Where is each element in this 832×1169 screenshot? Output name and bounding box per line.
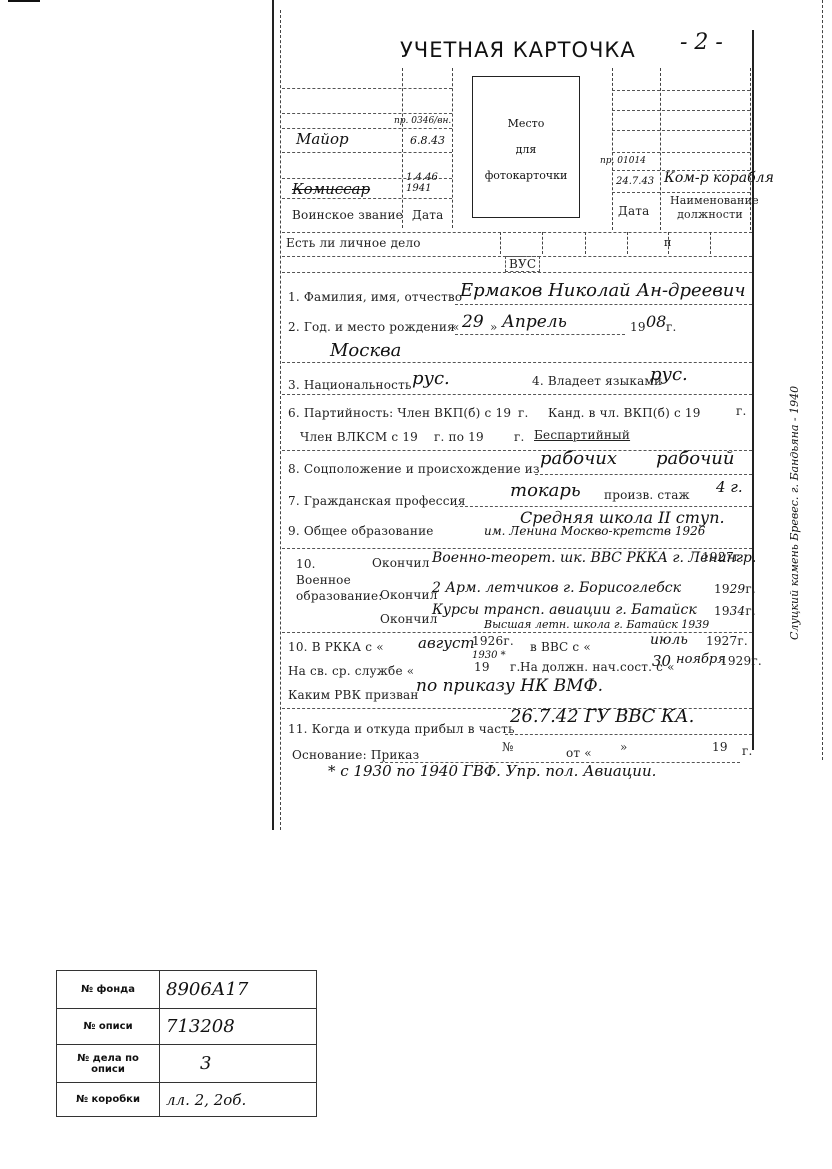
mil-edu-row-2-year: 1929г. xyxy=(714,582,756,596)
field-11-value: 26.7.42 ГУ ВВС КА. xyxy=(510,706,694,727)
quote-open: « xyxy=(452,320,460,334)
field-6-g1: г. xyxy=(518,406,529,420)
field-4-label: 4. Владеет языками xyxy=(532,374,662,388)
scan-mark xyxy=(8,0,40,2)
position-entry-date: 24.7.43 xyxy=(616,176,654,187)
field-6-candidate: Канд. в чл. ВКП(б) с 19 xyxy=(548,406,701,420)
archive-row-box: № коробки лл. 2, 2об. xyxy=(57,1083,317,1117)
field-10-rvk-label: Каким РВК призван xyxy=(288,688,419,702)
mil-edu-extra: Высшая летн. школа г. Батайск 1939 xyxy=(484,618,709,631)
field-3-value: рус. xyxy=(412,368,450,389)
field-9-label: 9. Общее образование xyxy=(288,524,434,538)
archive-stamp: № фонда 8906А17 № описи 713208 № дела по… xyxy=(56,970,317,1117)
year-suffix: г. xyxy=(745,582,756,596)
field-6-g4: г. xyxy=(514,430,525,444)
field-6-status: Беспартийный xyxy=(534,428,630,442)
field-11-label: 11. Когда и откуда прибыл в часть xyxy=(288,722,515,736)
divider xyxy=(282,232,752,233)
field-6-g3: г. по 19 xyxy=(434,430,484,444)
field-7-value: токарь xyxy=(510,480,581,501)
archive-value: 713208 xyxy=(160,1009,317,1045)
field-10-sverh-label: На св. ср. службе « xyxy=(288,664,414,678)
field-2-year-prefix: 19 xyxy=(630,320,646,334)
field-2-year-suffix: г. xyxy=(666,320,677,334)
field-10-label: 10. В РККА с « xyxy=(288,640,384,654)
archive-row-opis: № описи 713208 xyxy=(57,1009,317,1045)
field-10-sverh-year: 19 xyxy=(474,660,490,674)
field-10-dolzhn-month: ноября xyxy=(676,652,726,667)
archive-row-delo: № дела по описи 3 xyxy=(57,1045,317,1083)
field-10-year-1: 1926г. xyxy=(472,634,514,648)
card-right-edge xyxy=(822,0,823,760)
archive-row-fond: № фонда 8906А17 xyxy=(57,971,317,1009)
position-entry-title: Ком-р корабля xyxy=(664,170,774,186)
mil-edu-row-3-label: Окончил xyxy=(380,612,438,626)
col-position-label: Наименование должности xyxy=(670,194,750,222)
field-4-value: рус. xyxy=(650,364,688,385)
year-prefix: 19 xyxy=(714,582,730,596)
photo-label-1: Место xyxy=(473,111,579,137)
archive-label: № описи xyxy=(57,1009,160,1045)
field-3-label: 3. Национальность xyxy=(288,378,412,392)
card-left-border-inner xyxy=(280,10,281,830)
photo-placeholder: Место для фотокарточки xyxy=(472,76,580,218)
field-11-num-label: № xyxy=(502,740,514,754)
mil-edu-row-2-value: 2 Арм. летчиков г. Борисоглебск xyxy=(432,580,681,596)
field-10-rvk-value: по приказу НК ВМФ. xyxy=(416,676,603,696)
order-note-right: пр. 01014 xyxy=(600,156,646,166)
archive-label: № коробки xyxy=(57,1083,160,1117)
field-6-label: 6. Партийность: Член ВКП(б) с 19 xyxy=(288,406,511,420)
personal-file-label: Есть ли личное дело xyxy=(286,236,421,250)
vus-label: ВУС xyxy=(505,256,540,272)
field-7-stazh-label: произв. стаж xyxy=(604,488,690,502)
photo-label-2: для xyxy=(473,137,579,163)
year-prefix: 19 xyxy=(714,604,730,618)
field-2-month: Апрель xyxy=(502,312,567,332)
archive-label: № фонда xyxy=(57,971,160,1009)
archive-value: 3 xyxy=(160,1045,317,1083)
field-11-from-label: от « xyxy=(566,746,592,760)
card-left-border xyxy=(272,0,274,830)
field-7-label: 7. Гражданская профессия xyxy=(288,494,466,508)
rank-entry-major: Майор xyxy=(296,130,349,148)
field-8-label: 8. Соцположение и происхождение из xyxy=(288,462,540,476)
col-date-label-right: Дата xyxy=(618,204,650,218)
field-10-sverh-g: г. xyxy=(510,660,521,674)
field-2-label: 2. Год. и место рождения xyxy=(288,320,455,334)
mil-edu-row-3-year: 1934г. xyxy=(714,604,756,618)
quote-close: » xyxy=(490,320,498,334)
field-11-year: 19 xyxy=(712,740,728,754)
year-suffix: г. xyxy=(733,550,744,564)
archive-value: 8906А17 xyxy=(160,971,317,1009)
field-2-place: Москва xyxy=(330,340,401,361)
card-number: - 2 - xyxy=(680,30,723,55)
position-history-table: пр. 01014 24.7.43 Ком-р корабля Дата Наи… xyxy=(590,68,750,233)
field-10-vvs-label: в ВВС с « xyxy=(530,640,591,654)
field-10-month-2: июль xyxy=(650,632,688,648)
field-6-vlksm: Член ВЛКСМ с 19 xyxy=(300,430,418,444)
rank-entry-commissar: Комиссар xyxy=(292,180,370,198)
rank-entry-major-date: 6.8.43 xyxy=(410,134,445,147)
rank-entry-commissar-date: 1.4.46 1941 xyxy=(406,172,450,194)
field-6-g2: г. xyxy=(736,404,747,418)
col-rank-label: Воинское звание xyxy=(292,208,403,222)
mil-edu-row-2-label: Окончил xyxy=(380,588,438,602)
year: 34 xyxy=(730,604,746,618)
year-prefix: 19 xyxy=(702,550,718,564)
field-1-value: Ермаков Николай Ан-дреевич xyxy=(460,280,746,301)
personal-file-mark: п xyxy=(664,236,671,249)
field-11-from-close: » xyxy=(620,740,628,754)
margin-note: Слуцкий камень Бревес. г. Бандьяна - 194… xyxy=(788,220,801,640)
mil-edu-row-3-value: Курсы трансп. авиации г. Батайск xyxy=(432,602,697,618)
archive-value: лл. 2, 2об. xyxy=(160,1083,317,1117)
field-11-g: г. xyxy=(742,744,753,758)
card-title: УЧЕТНАЯ КАРТОЧКА xyxy=(400,38,636,62)
field-10-dolzhn-day: 30 xyxy=(652,652,671,670)
col-date-label-left: Дата xyxy=(412,208,444,222)
field-7-stazh-value: 4 г. xyxy=(716,478,743,496)
field-10-month-1: август xyxy=(418,634,475,652)
year-suffix: г. xyxy=(745,604,756,618)
field-11-basis-label: Основание: Приказ xyxy=(292,748,419,762)
rank-history-table: пр. 0346/вн. Майор 6.8.43 Комиссар 1.4.4… xyxy=(282,68,462,233)
year: 27 xyxy=(718,550,734,564)
mil-edu-row-1-label: Окончил xyxy=(372,556,430,570)
field-2-day: 29 xyxy=(462,312,484,332)
field-1-label: 1. Фамилия, имя, отчество xyxy=(288,290,462,304)
archive-label: № дела по описи xyxy=(57,1045,160,1083)
field-8-value-1: рабочих xyxy=(540,448,617,469)
year: 29 xyxy=(730,582,746,596)
field-mil-edu-label: 10. Военное образование: xyxy=(296,556,366,604)
field-10-dolzhn-year: 1929г. xyxy=(720,654,762,668)
field-8-value-2: рабочий xyxy=(656,448,734,469)
mil-edu-row-1-year: 1927г. xyxy=(702,550,744,564)
card-right-border xyxy=(752,30,754,750)
field-9-value-2: им. Ленина Москво-кретств 1926 xyxy=(484,524,705,538)
footnote: * с 1930 по 1940 ГВФ. Упр. пол. Авиации. xyxy=(328,762,656,780)
field-2-year: 08 xyxy=(646,312,666,331)
photo-label-3: фотокарточки xyxy=(473,163,579,189)
field-10-year-2: 1927г. xyxy=(706,634,748,648)
